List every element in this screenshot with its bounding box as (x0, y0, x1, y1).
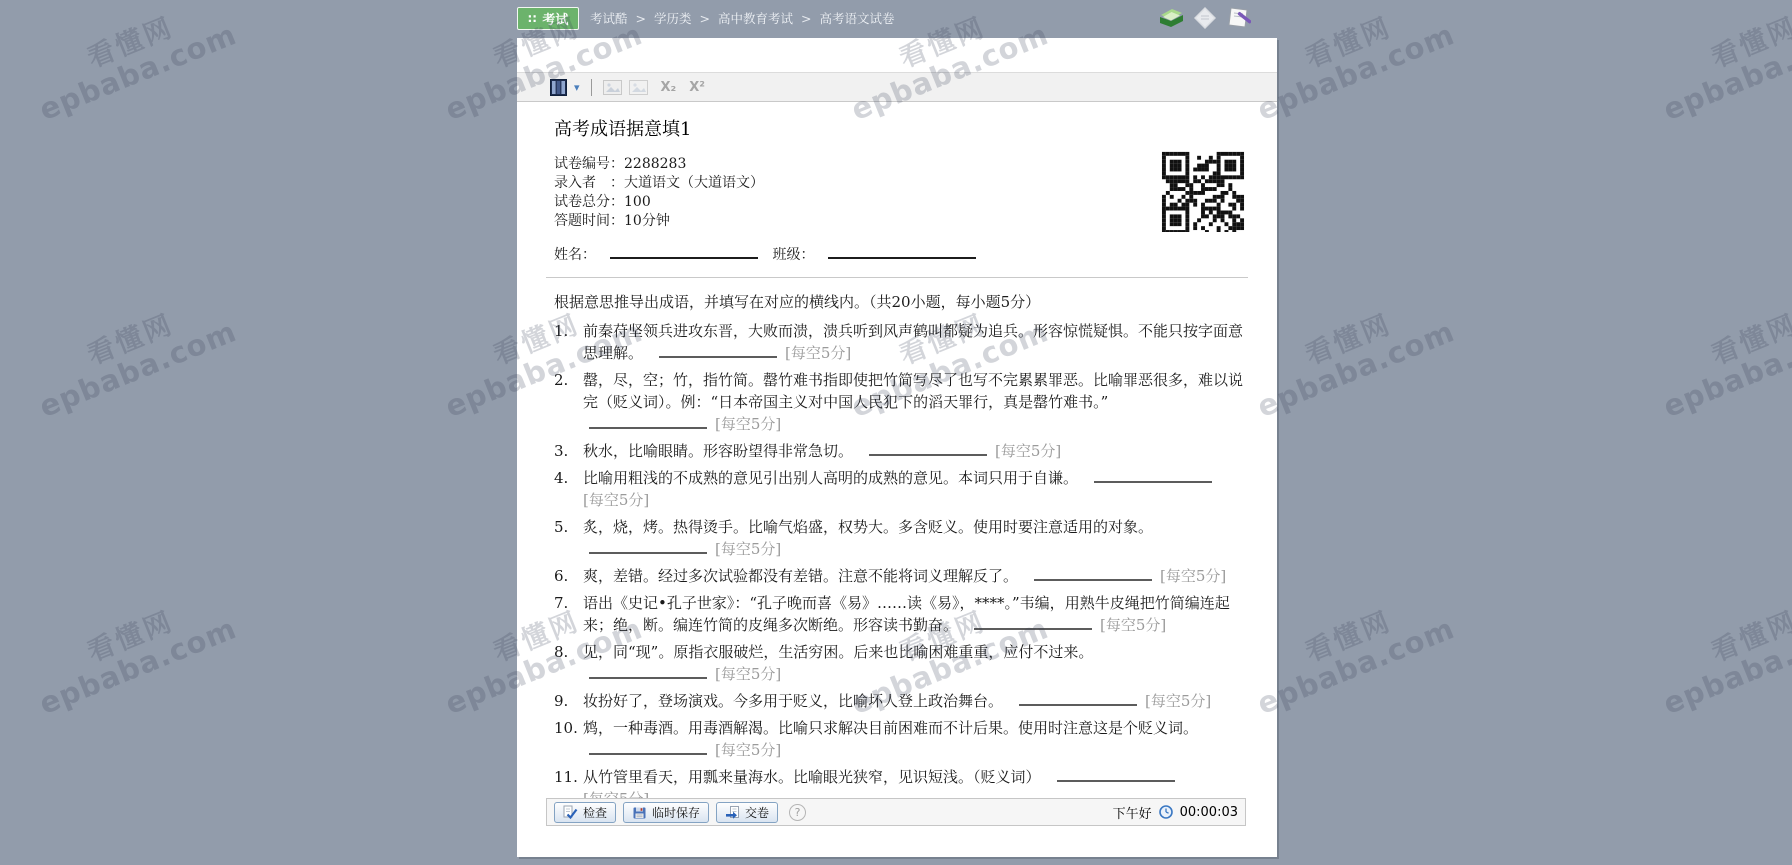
score-label: [每空5分] (715, 665, 781, 683)
question-number: 5. (554, 516, 583, 560)
info-label: 答题时间： (554, 213, 624, 229)
question-row: 7.语出《史记•孔子世家》：“孔子晚而喜《易》……读《易》，****。”韦编，用… (554, 592, 1246, 636)
topbar-app-icons (1158, 6, 1251, 30)
question-row: 2.罄，尽，空；竹，指竹简。罄竹难书指即使把竹简写尽了也写不完累累罪恶。比喻罪恶… (554, 369, 1246, 435)
question-row: 9.妆扮好了，登场演戏。今多用于贬义，比喻坏人登上政治舞台。[每空5分] (554, 690, 1246, 712)
question-number: 3. (554, 440, 583, 462)
top-navigation-bar: ∷ 考试 考试酷 > 学历类 > 高中教育考试 > 高考语文试卷 (0, 0, 1792, 36)
question-row: 3.秋水，比喻眼睛。形容盼望得非常急切。[每空5分] (554, 440, 1246, 462)
question-number: 10. (554, 717, 583, 761)
answer-blank[interactable] (869, 441, 987, 456)
answer-blank[interactable] (589, 539, 707, 554)
check-icon (563, 805, 578, 820)
temp-save-button-label: 临时保存 (652, 804, 700, 821)
answer-blank[interactable] (1094, 468, 1212, 483)
answer-blank[interactable] (589, 740, 707, 755)
question-row: 10.鸩，一种毒酒。用毒酒解渴。比喻只求解决目前困难而不计后果。使用时注意这是个… (554, 717, 1246, 761)
info-label: 试卷总分： (554, 194, 624, 210)
help-icon[interactable]: ? (789, 804, 806, 821)
breadcrumb-item-subcategory[interactable]: 高中教育考试 (718, 9, 793, 27)
author-value: 大道语文（大道语文） (624, 175, 764, 191)
watermark: 看懂网epbaba.com (25, 587, 241, 720)
name-label: 姓名： (554, 247, 596, 263)
question-number: 9. (554, 690, 583, 712)
answer-blank[interactable] (1057, 767, 1175, 782)
class-label: 班级： (772, 247, 814, 263)
paper-sheet-icon[interactable] (1193, 6, 1217, 30)
question-text: 爽，差错。经过多次试验都没有差错。注意不能将词义理解反了。 (583, 567, 1018, 585)
question-text: 比喻用粗浅的不成熟的意见引出别人高明的成熟的意见。本词只用于自谦。 (583, 469, 1078, 487)
exam-paper-panel: ▾ X₂ X² 高考成语据意填1 试卷编号：2288283 录入者 ：大道语文（… (517, 38, 1277, 857)
info-label: 试卷编号： (554, 156, 624, 172)
info-label: 录入者 ： (554, 175, 624, 191)
breadcrumb: 考试酷 > 学历类 > 高中教育考试 > 高考语文试卷 (590, 0, 895, 36)
question-number: 7. (554, 592, 583, 636)
question-row: 5.炙，烧，烤。热得烫手。比喻气焰盛，权势大。多含贬义。使用时要注意适用的对象。… (554, 516, 1246, 560)
score-label: [每空5分] (583, 491, 649, 509)
temp-save-button[interactable]: 临时保存 (623, 802, 709, 823)
answer-blank[interactable] (589, 664, 707, 679)
toolbar-separator (591, 79, 592, 96)
section-divider (546, 277, 1248, 278)
question-row: 6.爽，差错。经过多次试验都没有差错。注意不能将词义理解反了。[每空5分] (554, 565, 1246, 587)
submit-icon (725, 805, 740, 820)
submit-button[interactable]: 交卷 (716, 802, 778, 823)
question-text: 见，同“现”。原指衣服破烂，生活穷困。后来也比喻困难重重，应付不过来。 (583, 643, 1093, 661)
name-class-row: 姓名： 班级： (554, 242, 1246, 264)
grid-dots-icon: ∷ (528, 12, 536, 26)
answer-blank[interactable] (589, 414, 707, 429)
score-label: [每空5分] (715, 741, 781, 759)
breadcrumb-separator: > (801, 11, 811, 26)
watermark: 看懂网epbaba.com (1649, 290, 1792, 423)
insert-image-alt-button (629, 80, 648, 95)
insert-image-button (603, 80, 622, 95)
paper-title: 高考成语据意填1 (554, 115, 1246, 141)
question-number: 1. (554, 320, 583, 364)
subscript-button: X₂ (661, 80, 677, 95)
answer-blank[interactable] (1034, 566, 1152, 581)
question-text: 炙，烧，烤。热得烫手。比喻气焰盛，权势大。多含贬义。使用时要注意适用的对象。 (583, 518, 1153, 536)
book-icon[interactable] (1158, 7, 1185, 30)
score-label: [每空5分] (995, 442, 1061, 460)
save-icon (632, 805, 647, 820)
question-number: 2. (554, 369, 583, 435)
question-row: 4.比喻用粗浅的不成熟的意见引出别人高明的成熟的意见。本词只用于自谦。[每空5分… (554, 467, 1246, 511)
paper-body: 高考成语据意填1 试卷编号：2288283 录入者 ：大道语文（大道语文） 试卷… (554, 102, 1246, 810)
breadcrumb-item-home[interactable]: 考试酷 (590, 9, 628, 27)
paper-info-block: 试卷编号：2288283 录入者 ：大道语文（大道语文） 试卷总分：100 答题… (554, 155, 1246, 231)
question-number: 8. (554, 641, 583, 685)
name-blank[interactable] (610, 242, 758, 259)
question-number: 6. (554, 565, 583, 587)
question-text: 罄，尽，空；竹，指竹简。罄竹难书指即使把竹简写尽了也写不完累累罪恶。比喻罪恶很多… (583, 371, 1243, 411)
answer-status-bar: 检查 临时保存 交卷 ? 下午好 (546, 798, 1246, 826)
table-tool-button[interactable] (550, 79, 567, 96)
check-button[interactable]: 检查 (554, 802, 616, 823)
watermark: 看懂网epbaba.com (25, 290, 241, 423)
superscript-button: X² (689, 80, 705, 95)
exam-button[interactable]: ∷ 考试 (517, 7, 579, 30)
score-label: [每空5分] (785, 344, 851, 362)
compose-note-icon[interactable] (1225, 6, 1251, 30)
instruction-text: 根据意思推导出成语，并填写在对应的横线内。（共20小题，每小题5分） (554, 291, 1246, 313)
question-row: 8.见，同“现”。原指衣服破烂，生活穷困。后来也比喻困难重重，应付不过来。[每空… (554, 641, 1246, 685)
breadcrumb-item-paper-type[interactable]: 高考语文试卷 (820, 9, 895, 27)
answer-blank[interactable] (659, 343, 777, 358)
score-label: [每空5分] (1145, 692, 1211, 710)
paper-number-value: 2288283 (624, 156, 686, 172)
score-label: [每空5分] (715, 415, 781, 433)
question-text: 从竹管里看天，用瓢来量海水。比喻眼光狭窄，见识短浅。（贬义词） (583, 768, 1041, 786)
breadcrumb-separator: > (636, 11, 646, 26)
table-dropdown-caret-icon[interactable]: ▾ (574, 81, 580, 94)
answer-blank[interactable] (974, 615, 1092, 630)
question-text: 秋水，比喻眼睛。形容盼望得非常急切。 (583, 442, 853, 460)
question-text: 鸩，一种毒酒。用毒酒解渴。比喻只求解决目前困难而不计后果。使用时注意这是个贬义词… (583, 719, 1198, 737)
qr-code (1158, 148, 1248, 232)
score-label: [每空5分] (1160, 567, 1226, 585)
exam-button-label: 考试 (542, 9, 568, 28)
breadcrumb-item-category[interactable]: 学历类 (654, 9, 692, 27)
class-blank[interactable] (828, 242, 976, 259)
answer-blank[interactable] (1019, 691, 1137, 706)
duration-value: 10分钟 (624, 213, 670, 229)
timer-text: 00:00:03 (1180, 805, 1238, 820)
editor-toolbar: ▾ X₂ X² (517, 72, 1277, 102)
watermark: 看懂网epbaba.com (1649, 587, 1792, 720)
score-label: [每空5分] (715, 540, 781, 558)
score-label: [每空5分] (1100, 616, 1166, 634)
check-button-label: 检查 (583, 804, 607, 821)
submit-button-label: 交卷 (745, 804, 769, 821)
clock-icon (1159, 805, 1173, 819)
question-number: 4. (554, 467, 583, 511)
greeting-text: 下午好 (1113, 803, 1152, 822)
question-text: 妆扮好了，登场演戏。今多用于贬义，比喻坏人登上政治舞台。 (583, 692, 1003, 710)
question-list: 1.前秦苻坚领兵进攻东晋，大败而溃，溃兵听到风声鹤叫都疑为追兵。形容惊慌疑惧。不… (554, 320, 1246, 810)
question-row: 1.前秦苻坚领兵进攻东晋，大败而溃，溃兵听到风声鹤叫都疑为追兵。形容惊慌疑惧。不… (554, 320, 1246, 364)
total-score-value: 100 (624, 194, 651, 210)
breadcrumb-separator: > (700, 11, 710, 26)
